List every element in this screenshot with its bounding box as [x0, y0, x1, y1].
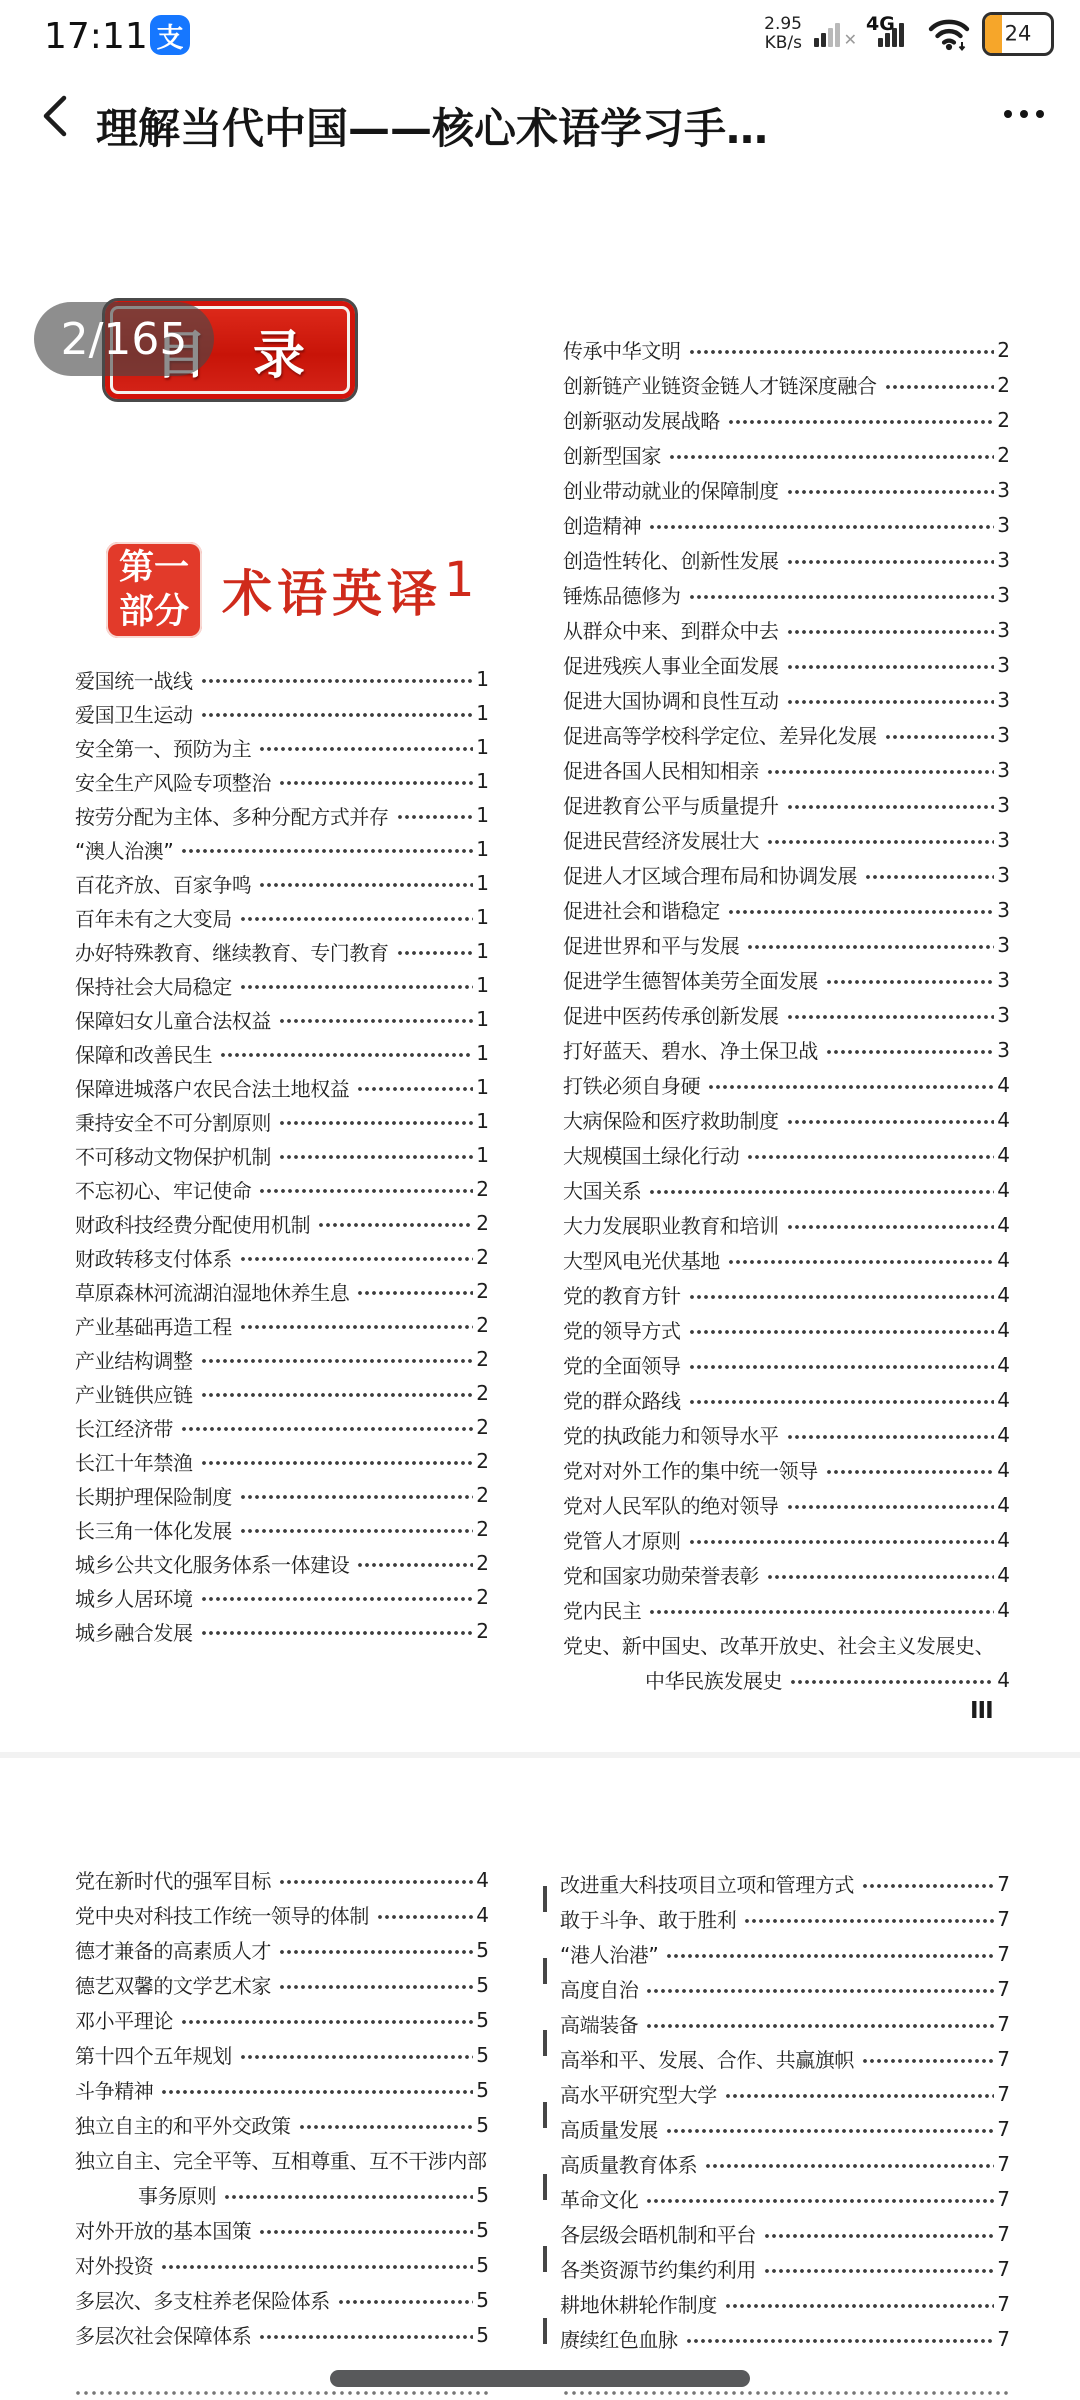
toc-entry: 大力发展职业教育和培训4	[563, 1207, 1010, 1242]
toc-entry: 锤炼品德修为3	[563, 577, 1010, 612]
toc-entry: 爱国卫生运动1	[75, 696, 489, 730]
part-page-number: 1	[444, 552, 475, 608]
alipay-notification-icon: 支	[150, 15, 190, 55]
toc-entry: 创业带动就业的保障制度3	[563, 472, 1010, 507]
document-title: 理解当代中国——核心术语学习手…	[96, 96, 886, 156]
battery-icon: 24	[982, 12, 1050, 56]
toc-entry: 改进重大科技项目立项和管理方式7	[560, 1866, 1010, 1901]
toc-entry: 保持社会大局稳定1	[75, 968, 489, 1002]
toc-entry: 德艺双馨的文学艺术家5	[75, 1967, 489, 2002]
wifi-icon	[928, 16, 970, 52]
toc-entry: 创新链产业链资金链人才链深度融合2	[563, 367, 1010, 402]
part-title: 术语英译	[222, 554, 442, 626]
part-badge-line1: 第一	[106, 546, 202, 590]
status-icons: 2.95 KB/s ✕ 4G 24	[764, 8, 1050, 60]
toc-entry: 创新驱动发展战略2	[563, 402, 1010, 437]
page-divider	[0, 1752, 1080, 1758]
toc-entry: “澳人治澳”1	[75, 832, 489, 866]
toc-entry: 党在新时代的强军目标4	[75, 1862, 489, 1897]
toc-entry: “港人治港”7	[560, 1936, 1010, 1971]
toc-entry: 传承中华文明2	[563, 332, 1010, 367]
toc-entry: 促进中医药传承创新发展3	[563, 997, 1010, 1032]
toc-entry: 办好特殊教育、继续教育、专门教育1	[75, 934, 489, 968]
network-speed-unit: KB/s	[764, 34, 802, 53]
toc-entry: 敢于斗争、敢于胜利7	[560, 1901, 1010, 1936]
toc-entry: 党的全面领导4	[563, 1347, 1010, 1382]
gesture-bar[interactable]	[330, 2370, 750, 2387]
toc-entry: 党的群众路线4	[563, 1382, 1010, 1417]
toc-entry: 长三角一体化发展2	[75, 1512, 489, 1546]
toc-entry: 创新型国家2	[563, 437, 1010, 472]
scan-gutter-artifact	[543, 1886, 547, 2374]
toc-entry: 高质量教育体系7	[560, 2146, 1010, 2181]
network-speed-value: 2.95	[764, 15, 802, 34]
toc-entry: 产业链供应链2	[75, 1376, 489, 1410]
toc-entry: 从群众中来、到群众中去3	[563, 612, 1010, 647]
toc-entry: 按劳分配为主体、多种分配方式并存1	[75, 798, 489, 832]
clock: 17:11	[44, 16, 148, 57]
toc-entry: 百年未有之大变局1	[75, 900, 489, 934]
toc-entry: 促进民营经济发展壮大3	[563, 822, 1010, 857]
toc-entry: 长江经济带2	[75, 1410, 489, 1444]
sim2-signal-icon: 4G	[868, 17, 916, 51]
toc-entry: 创造精神3	[563, 507, 1010, 542]
toc-entry: 不可移动文物保护机制1	[75, 1138, 489, 1172]
status-bar: 17:11 支 2.95 KB/s ✕ 4G	[0, 0, 1080, 66]
toc-entry: 促进学生德智体美劳全面发展3	[563, 962, 1010, 997]
toc-entry: 打铁必须自身硬4	[563, 1067, 1010, 1102]
toc-entry: 百花齐放、百家争鸣1	[75, 866, 489, 900]
toc-entry: 大规模国土绿化行动4	[563, 1137, 1010, 1172]
toc-entry: 革命文化7	[560, 2181, 1010, 2216]
part-badge-line2: 部分	[106, 590, 202, 634]
nav-bar: 理解当代中国——核心术语学习手…	[0, 70, 1080, 160]
toc-entry: 高度自治7	[560, 1971, 1010, 2006]
cutoff-dotted-line-right	[563, 2390, 1010, 2398]
toc-entry: 高举和平、发展、合作、共赢旗帜7	[560, 2041, 1010, 2076]
network-speed: 2.95 KB/s	[764, 15, 802, 53]
toc-entry: 高水平研究型大学7	[560, 2076, 1010, 2111]
toc-entry: 大国关系4	[563, 1172, 1010, 1207]
toc-entry: 对外投资5	[75, 2247, 489, 2282]
toc-entry: 党中央对科技工作统一领导的体制4	[75, 1897, 489, 1932]
toc-entry: 独立自主的和平外交政策5	[75, 2107, 489, 2142]
toc-entry: 爱国统一战线1	[75, 662, 489, 696]
toc-entry: 草原森林河流湖泊湿地休养生息2	[75, 1274, 489, 1308]
toc-entry: 产业结构调整2	[75, 1342, 489, 1376]
toc-entry: 促进大国协调和良性互动3	[563, 682, 1010, 717]
toc-entry: 赓续红色血脉7	[560, 2321, 1010, 2356]
toc-entry: 各类资源节约集约利用7	[560, 2251, 1010, 2286]
toc-entry: 促进残疾人事业全面发展3	[563, 647, 1010, 682]
sim1-signal-icon: ✕	[814, 17, 856, 51]
toc-entry: 城乡公共文化服务体系一体建设2	[75, 1546, 489, 1580]
toc-entry: 安全第一、预防为主1	[75, 730, 489, 764]
toc-entry: 斗争精神5	[75, 2072, 489, 2107]
toc-entry: 创造性转化、创新性发展3	[563, 542, 1010, 577]
toc-entry: 多层次、多支柱养老保险体系5	[75, 2282, 489, 2317]
toc-entry: 促进各国人民相知相亲3	[563, 752, 1010, 787]
toc-entry: 高端装备7	[560, 2006, 1010, 2041]
toc-column-page1-right: 传承中华文明2创新链产业链资金链人才链深度融合2创新驱动发展战略2创新型国家2创…	[563, 332, 1010, 1697]
toc-entry: 城乡融合发展2	[75, 1614, 489, 1648]
part-one-badge: 第一 部分	[106, 542, 202, 638]
toc-entry: 党和国家功勋荣誉表彰4	[563, 1557, 1010, 1592]
toc-entry: 党对人民军队的绝对领导4	[563, 1487, 1010, 1522]
page-roman-numeral: III	[970, 1698, 993, 1724]
toc-entry: 党的领导方式4	[563, 1312, 1010, 1347]
toc-entry: 保障和改善民生1	[75, 1036, 489, 1070]
toc-entry: 党的教育方针4	[563, 1277, 1010, 1312]
toc-entry: 长期护理保险制度2	[75, 1478, 489, 1512]
toc-entry: 保障妇女儿童合法权益1	[75, 1002, 489, 1036]
battery-percent: 24	[985, 22, 1051, 46]
toc-entry: 独立自主、完全平等、互相尊重、互不干涉内部事务原则5	[75, 2142, 489, 2212]
toc-entry: 各层级会晤机制和平台7	[560, 2216, 1010, 2251]
toc-entry: 大病保险和医疗救助制度4	[563, 1102, 1010, 1137]
toc-entry: 党史、新中国史、改革开放史、社会主义发展史、中华民族发展史4	[563, 1627, 1010, 1697]
toc-entry: 大型风电光伏基地4	[563, 1242, 1010, 1277]
toc-entry: 第十四个五年规划5	[75, 2037, 489, 2072]
toc-entry: 财政转移支付体系2	[75, 1240, 489, 1274]
toc-entry: 德才兼备的高素质人才5	[75, 1932, 489, 1967]
cutoff-dotted-line-left	[75, 2390, 489, 2398]
toc-entry: 党内民主4	[563, 1592, 1010, 1627]
toc-entry: 促进高等学校科学定位、差异化发展3	[563, 717, 1010, 752]
toc-entry: 促进教育公平与质量提升3	[563, 787, 1010, 822]
toc-entry: 保障进城落户农民合法土地权益1	[75, 1070, 489, 1104]
page-indicator: 2/165	[34, 302, 214, 376]
toc-entry: 多层次社会保障体系5	[75, 2317, 489, 2352]
back-button[interactable]	[34, 92, 78, 140]
toc-entry: 产业基础再造工程2	[75, 1308, 489, 1342]
toc-entry: 党管人才原则4	[563, 1522, 1010, 1557]
toc-entry: 安全生产风险专项整治1	[75, 764, 489, 798]
back-chevron-icon	[34, 92, 78, 140]
toc-entry: 邓小平理论5	[75, 2002, 489, 2037]
toc-entry: 促进世界和平与发展3	[563, 927, 1010, 962]
no-service-x-icon: ✕	[844, 30, 857, 49]
toc-entry: 耕地休耕轮作制度7	[560, 2286, 1010, 2321]
reader-screen: 17:11 支 2.95 KB/s ✕ 4G	[0, 0, 1080, 2400]
toc-entry: 党的执政能力和领导水平4	[563, 1417, 1010, 1452]
more-menu-button[interactable]	[1004, 110, 1044, 118]
toc-entry: 秉持安全不可分割原则1	[75, 1104, 489, 1138]
toc-entry: 打好蓝天、碧水、净土保卫战3	[563, 1032, 1010, 1067]
toc-column-page1-left: 爱国统一战线1爱国卫生运动1安全第一、预防为主1安全生产风险专项整治1按劳分配为…	[75, 662, 489, 1648]
toc-entry: 对外开放的基本国策5	[75, 2212, 489, 2247]
toc-entry: 促进人才区域合理布局和协调发展3	[563, 857, 1010, 892]
toc-entry: 财政科技经费分配使用机制2	[75, 1206, 489, 1240]
toc-entry: 长江十年禁渔2	[75, 1444, 489, 1478]
toc-column-page2-right: 改进重大科技项目立项和管理方式7敢于斗争、敢于胜利7“港人治港”7高度自治7高端…	[560, 1866, 1010, 2356]
toc-entry: 党对对外工作的集中统一领导4	[563, 1452, 1010, 1487]
toc-entry: 高质量发展7	[560, 2111, 1010, 2146]
toc-entry: 城乡人居环境2	[75, 1580, 489, 1614]
toc-column-page2-left: 党在新时代的强军目标4党中央对科技工作统一领导的体制4德才兼备的高素质人才5德艺…	[75, 1862, 489, 2352]
toc-entry: 不忘初心、牢记使命2	[75, 1172, 489, 1206]
toc-entry: 促进社会和谐稳定3	[563, 892, 1010, 927]
